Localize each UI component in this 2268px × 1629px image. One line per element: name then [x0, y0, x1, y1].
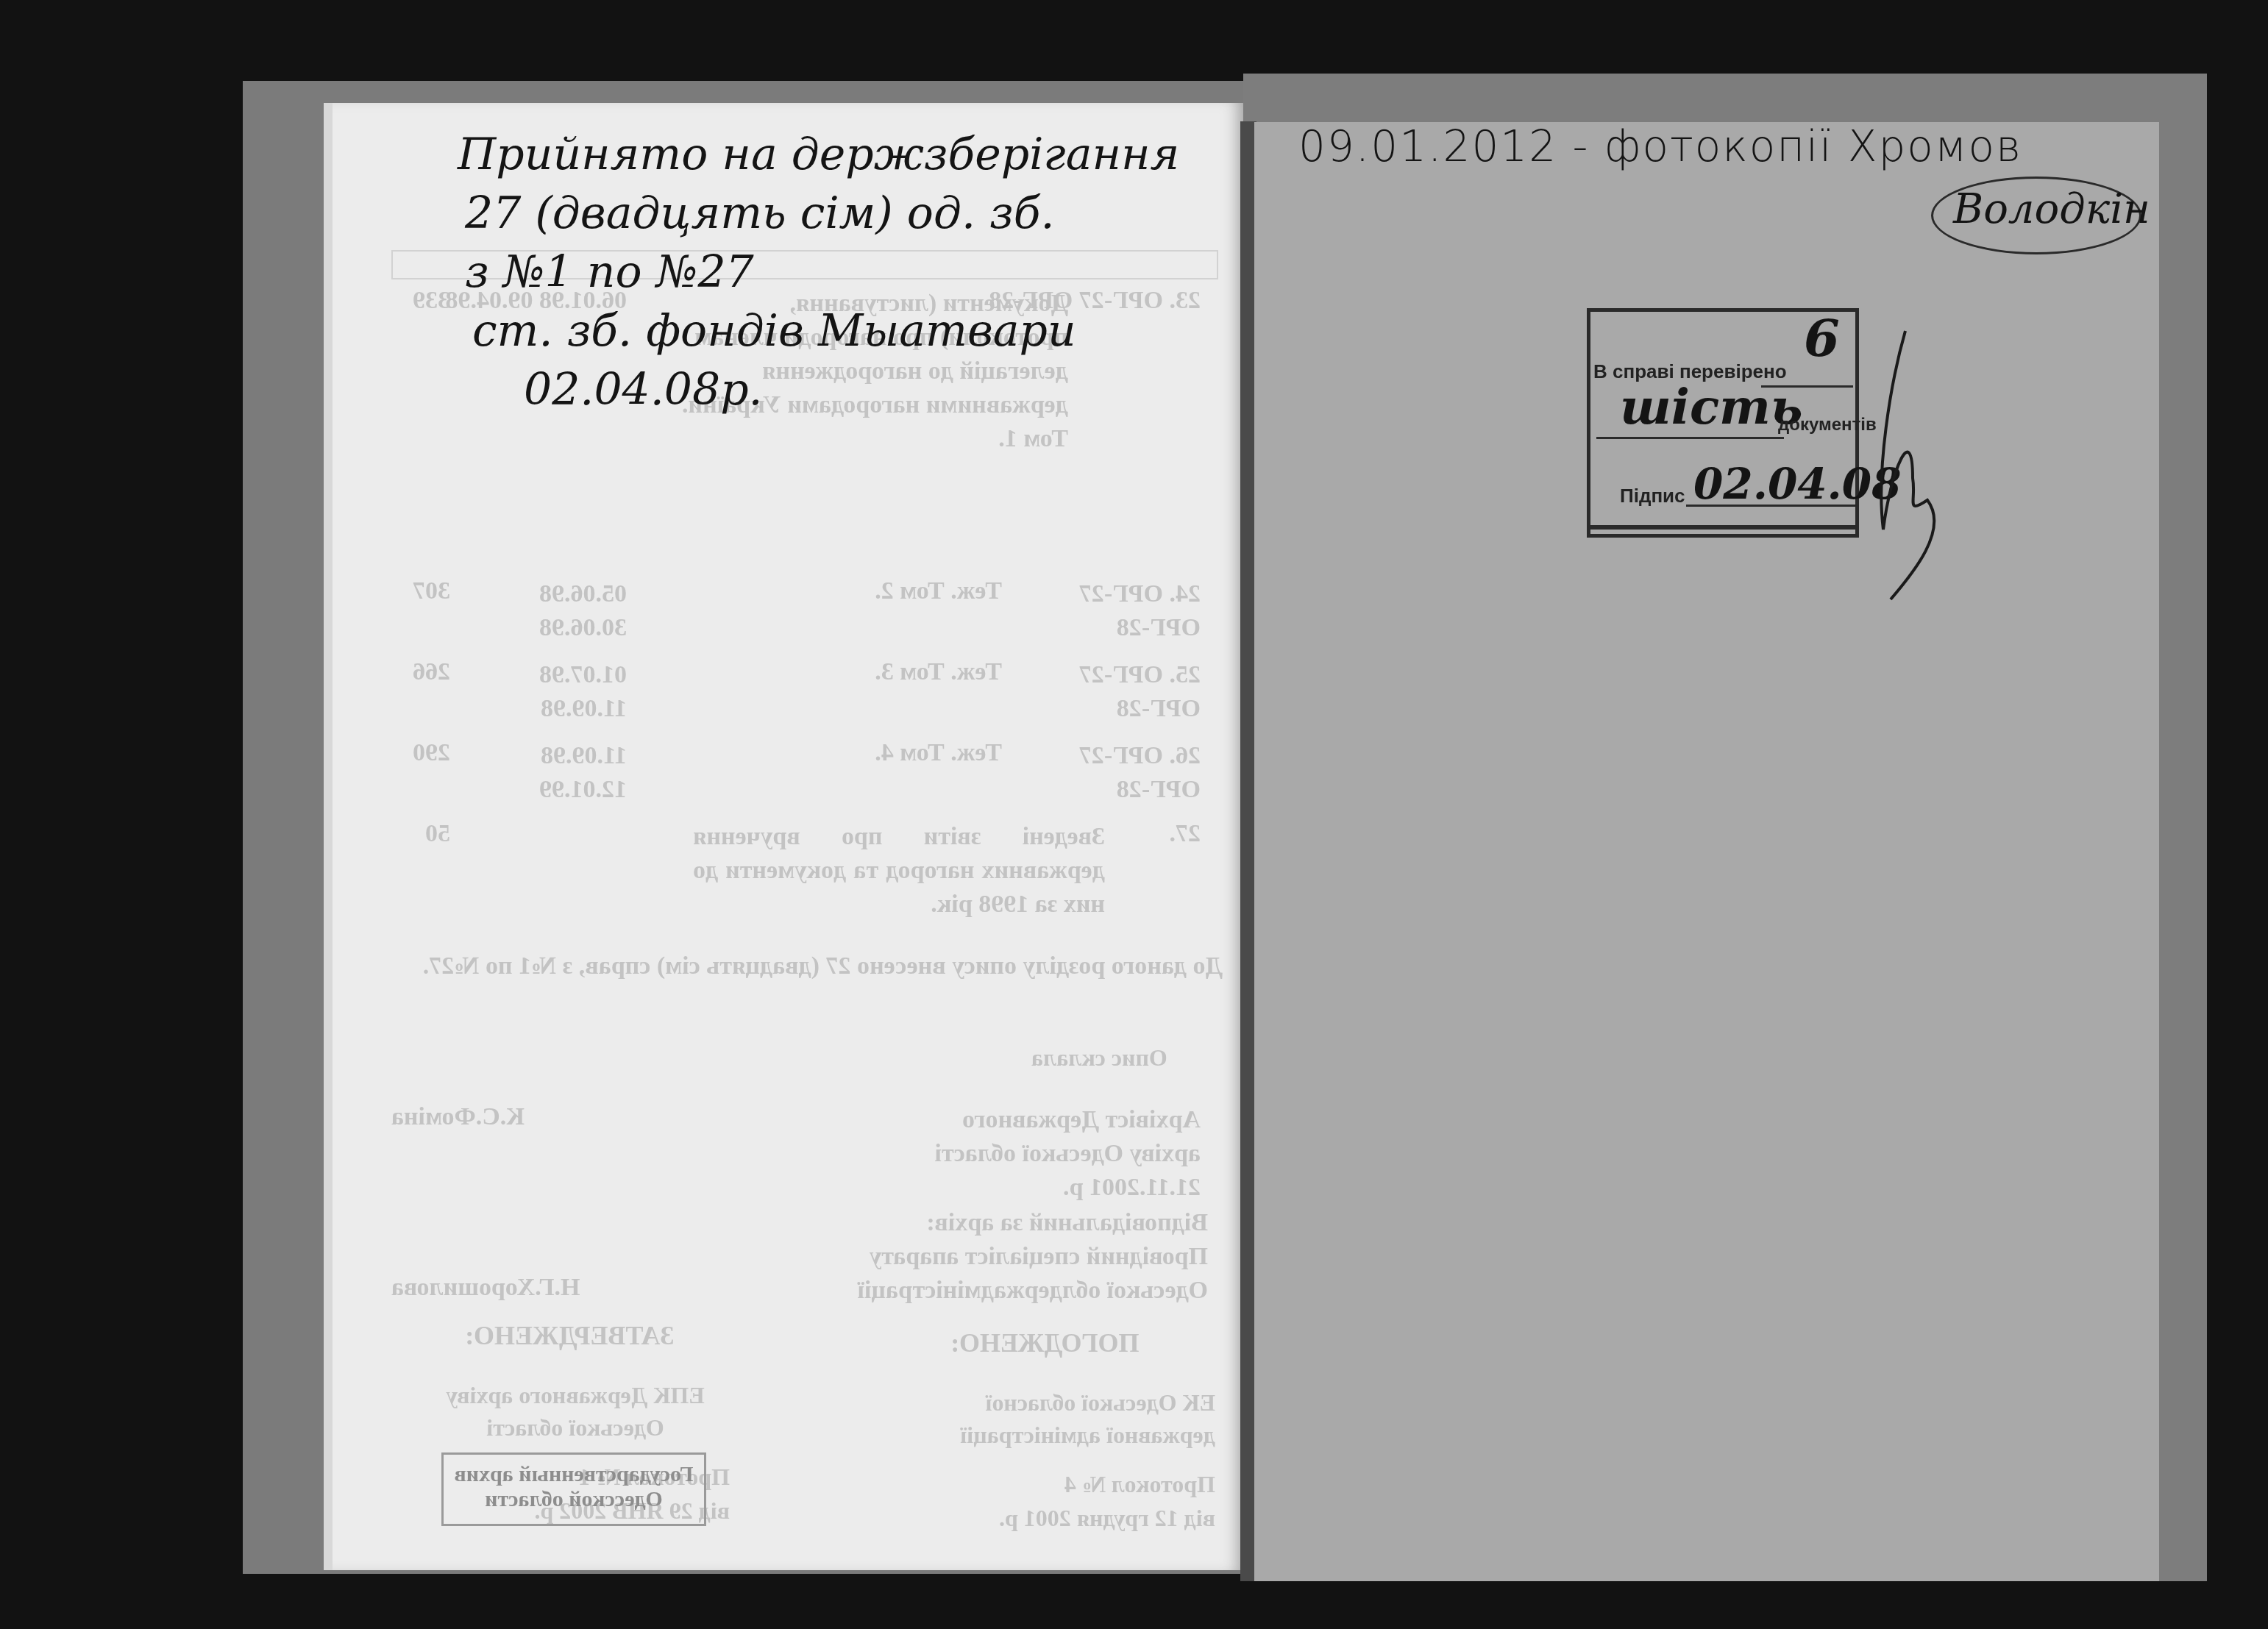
- row-sheets: 307: [413, 577, 450, 605]
- ghost-line: архіву Одеської області: [884, 1137, 1201, 1171]
- note-line: ст. зб. фондів Мыатвари: [472, 302, 1179, 360]
- ghost-summary: До даного розділу опису внесено 27 (двад…: [384, 949, 1223, 984]
- ghost-line: Архівіст Державного: [884, 1103, 1201, 1137]
- stamp-count-words: шість: [1620, 378, 1802, 435]
- ghost-agreed-protocol: Протокол № 4 від 12 грудня 2001 р.: [921, 1467, 1215, 1535]
- note-line: з №1 по №27: [465, 243, 1179, 302]
- row-dates: 01.07.98 11.09.98: [524, 658, 627, 726]
- ghost-row-25: 25. ОРГ-27 ОРГ-28 Теж. Том 3. 01.07.98 1…: [391, 658, 1215, 717]
- ghost-line: Одеської області: [421, 1411, 730, 1444]
- row-title: Зведені звіти про вручення державних наг…: [693, 820, 1105, 922]
- oval-signature-text: Володкін: [1953, 185, 2150, 233]
- ghost-line: ЕПК Державного архіву: [421, 1379, 730, 1411]
- archive-stamp: Государственный архив Одесской области: [441, 1452, 706, 1526]
- note-line: 27 (двадцять сім) од. зб.: [465, 184, 1179, 243]
- row-no: 26.: [1170, 742, 1201, 769]
- row-sheets: 290: [413, 739, 450, 767]
- ghost-compiler-name: К.С.Фоміна: [391, 1103, 525, 1131]
- ghost-responsible-name: Н.Г.Хорошилова: [391, 1274, 580, 1302]
- ghost-line: Протокол № 4: [921, 1467, 1215, 1501]
- stamp-underline: [1596, 437, 1784, 439]
- row-title: Теж. Том 4.: [875, 739, 1002, 767]
- ghost-agreed-body: ЕК Одеської обласної державної адміністр…: [921, 1386, 1215, 1451]
- row-title: Теж. Том 2.: [875, 577, 1002, 605]
- ghost-row-26: 26. ОРГ-27 ОРГ-28 Теж. Том 4. 11.09.98 1…: [391, 739, 1215, 798]
- ghost-row-27: 27. Зведені звіти про вручення державних…: [391, 820, 1215, 923]
- ghost-line: Провідний спеціаліст апарату: [840, 1240, 1208, 1274]
- row-no: 25.: [1170, 661, 1201, 688]
- stamp-label-signature: Підпис: [1620, 485, 1685, 507]
- ghost-approved-body: ЕПК Державного архіву Одеської області: [421, 1379, 730, 1444]
- row-no: 27.: [1170, 820, 1201, 848]
- verification-stamp: В справі перевірено 6 шість документів П…: [1587, 308, 1859, 538]
- ghost-line: ЕК Одеської обласної: [921, 1386, 1215, 1419]
- row-sheets: 266: [413, 658, 450, 686]
- ghost-compiler-label: Опис склала: [1031, 1044, 1167, 1072]
- ghost-line: від 12 грудня 2001 р.: [921, 1501, 1215, 1535]
- ghost-line: державної адміністрації: [921, 1419, 1215, 1451]
- row-dates: 05.06.98 30.06.98: [524, 577, 627, 645]
- stamp-bottom-rule: [1590, 525, 1855, 530]
- ghost-line: 21.11.2001 р.: [884, 1171, 1201, 1205]
- handwritten-photocopy-note: 09.01.2012 - фотокопії Хромов: [1298, 121, 2022, 171]
- handwritten-acceptance-note: Прийнято на держзберігання 27 (двадцять …: [458, 125, 1179, 419]
- row-dates: 11.09.98 12.01.99: [524, 739, 627, 807]
- stamp-line: Государственный архив: [444, 1462, 704, 1487]
- ghost-compiler-block: Архівіст Державного архіву Одеської обла…: [884, 1103, 1201, 1205]
- ghost-responsible-block: Відповідальний за архів: Провідний спеці…: [840, 1206, 1208, 1308]
- ghost-approved-label: ЗАТВЕРДЖЕНО:: [465, 1320, 674, 1351]
- row-sheets: 50: [425, 820, 450, 848]
- ghost-row-24: 24. ОРГ-27 ОРГ-28 Теж. Том 2. 05.06.98 3…: [391, 577, 1215, 636]
- stamp-line: Одесской области: [444, 1487, 704, 1512]
- note-line: Прийнято на держзберігання: [458, 125, 1179, 184]
- ghost-line: Одеської облдержадміністрації: [840, 1274, 1208, 1308]
- row-title: Теж. Том 3.: [875, 658, 1002, 686]
- stamp-count-digit: 6: [1804, 307, 1840, 368]
- note-line: 02.04.08р.: [524, 360, 1179, 419]
- row-sheets: 339: [413, 287, 450, 315]
- left-page: 23. ОРГ-27 ОРГ-28 Документи (листування,…: [324, 103, 1243, 1570]
- signature-flourish: [1861, 324, 1979, 603]
- ghost-agreed-label: ПОГОДЖЕНО:: [950, 1327, 1140, 1358]
- ghost-line: Відповідальний за архів:: [840, 1206, 1208, 1240]
- row-no: 24.: [1170, 580, 1201, 607]
